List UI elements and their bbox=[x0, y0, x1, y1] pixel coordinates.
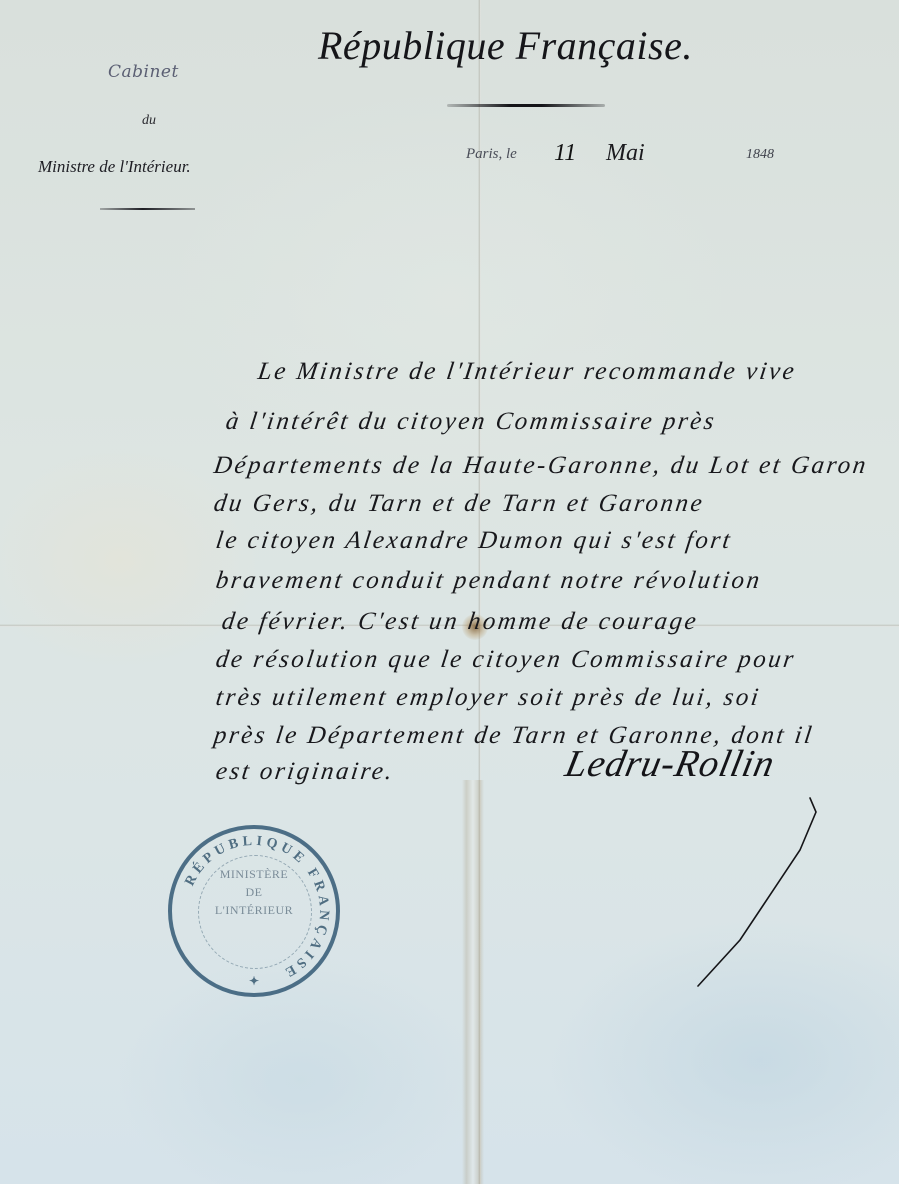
body-line: très utilement employer soit près de lui… bbox=[214, 684, 762, 712]
date-year: 1848 bbox=[746, 147, 774, 163]
body-line: de résolution que le citoyen Commissaire… bbox=[214, 646, 798, 674]
date-place: Paris, le bbox=[466, 146, 517, 163]
stamp-line: MINISTÈRE bbox=[172, 865, 336, 883]
letterhead-du: du bbox=[142, 113, 156, 129]
svg-text:✦: ✦ bbox=[249, 974, 259, 988]
signature-flourish bbox=[680, 790, 830, 990]
signature: Ledru-Rollin bbox=[561, 742, 779, 786]
date-line: Paris, le 11 Mai 1848 bbox=[466, 144, 796, 174]
letterhead-cabinet: Cabinet bbox=[108, 62, 179, 82]
body-line: le citoyen Alexandre Dumon qui s'est for… bbox=[214, 527, 734, 555]
body-line: à l'intérêt du citoyen Commissaire près bbox=[224, 408, 718, 436]
body-line: Le Ministre de l'Intérieur recommande vi… bbox=[256, 358, 798, 386]
letter-page: Cabinet du Ministre de l'Intérieur. Répu… bbox=[0, 0, 899, 1184]
stamp-line: DE bbox=[172, 883, 336, 901]
stamp-center-text: MINISTÈRE DE L'INTÉRIEUR bbox=[172, 865, 336, 919]
body-line: de février. C'est un homme de courage bbox=[220, 608, 700, 636]
document-title: République Française. bbox=[318, 22, 693, 69]
vertical-fold-crease bbox=[462, 780, 484, 1184]
date-month: Mai bbox=[606, 140, 645, 167]
ministry-stamp: RÉPUBLIQUE FRANÇAISE ✦ MINISTÈRE DE L'IN… bbox=[168, 825, 340, 997]
letterhead-divider bbox=[100, 208, 195, 210]
title-divider bbox=[447, 104, 605, 107]
stamp-line: L'INTÉRIEUR bbox=[172, 901, 336, 919]
letterhead-ministre: Ministre de l'Intérieur. bbox=[38, 157, 191, 177]
body-line: du Gers, du Tarn et de Tarn et Garonne bbox=[212, 490, 706, 518]
body-line: bravement conduit pendant notre révoluti… bbox=[214, 567, 764, 595]
date-day: 11 bbox=[554, 140, 576, 167]
body-line: est originaire. bbox=[214, 758, 396, 786]
body-line: Départements de la Haute-Garonne, du Lot… bbox=[212, 452, 870, 480]
